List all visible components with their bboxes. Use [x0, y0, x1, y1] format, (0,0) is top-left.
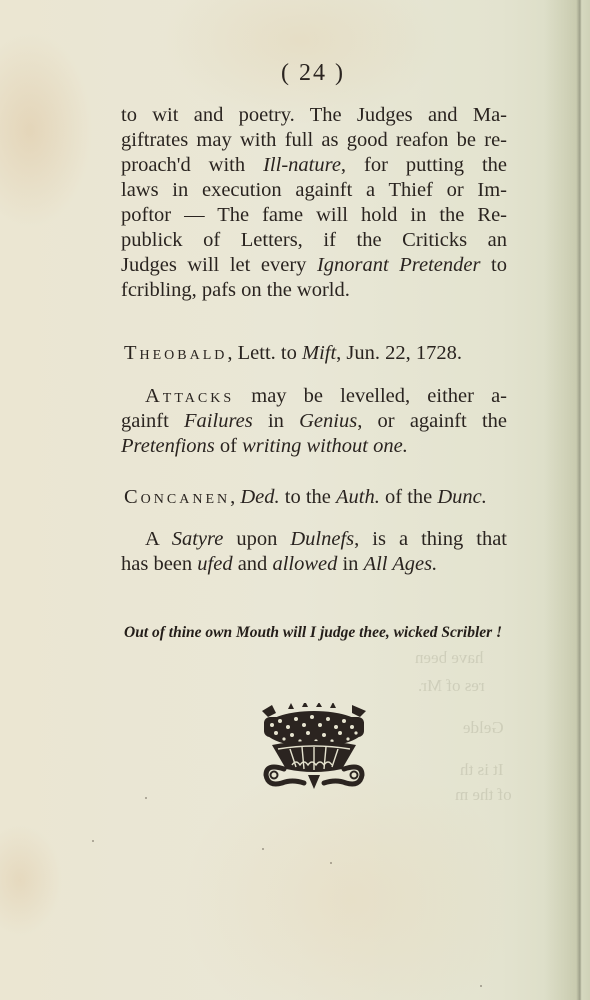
text-line: Attacks may be levelled, either a- — [121, 384, 507, 409]
text-line: Pretenfions of writing without one. — [121, 434, 507, 459]
paper-speck — [330, 862, 332, 864]
text-line: giftrates may with full as good reafon b… — [121, 128, 507, 153]
attribution-theobald: Theobald, Lett. to Mift, Jun. 22, 1728. — [124, 342, 509, 365]
attribution-concanen: Concanen, Ded. to the Auth. of the Dunc. — [124, 486, 509, 509]
paragraph-quote-1: to wit and poetry. The Judges and Ma- gi… — [121, 103, 507, 303]
text-line: laws in execution againft a Thief or Im- — [121, 178, 507, 203]
bleed-through-text: Gelde — [463, 718, 504, 738]
text-line: poftor — The fame will hold in the Re- — [121, 203, 507, 228]
author-name: Theobald — [124, 342, 227, 364]
text-line: has been ufed and allowed in All Ages. — [121, 552, 507, 577]
text-line: publick of Letters, if the Criticks an — [121, 228, 507, 253]
work-title: Mift — [302, 342, 336, 364]
text-line: Judges will let every Ignorant Pretender… — [121, 253, 507, 278]
flower-basket-ornament-icon — [258, 703, 370, 789]
paper-speck — [145, 797, 147, 799]
paragraph-quote-2: Attacks may be levelled, either a- gainf… — [121, 384, 507, 459]
text-line: proach'd with Ill-nature, for putting th… — [121, 153, 507, 178]
author-name: Concanen — [124, 486, 230, 508]
bleed-through-text: of the m — [455, 785, 512, 805]
page-number: ( 24 ) — [0, 60, 590, 87]
text-line: fcribling, pafs on the world. — [121, 278, 507, 303]
book-gutter-shadow — [544, 0, 590, 1000]
paper-speck — [480, 985, 482, 987]
paper-speck — [92, 840, 94, 842]
paragraph-quote-3: A Satyre upon Dulnefs, is a thing that h… — [121, 527, 507, 577]
attribution-text: , Lett. to — [227, 342, 302, 364]
work-title: Ded. — [240, 486, 279, 508]
text-line: A Satyre upon Dulnefs, is a thing that — [121, 527, 507, 552]
text-line: gainft Failures in Genius, or againft th… — [121, 409, 507, 434]
bleed-through-text: have been — [415, 648, 483, 668]
bleed-through-text: It is th — [460, 760, 503, 780]
paper-speck — [262, 848, 264, 850]
scanned-page: have been res of Mr. Gelde It is th of t… — [0, 0, 590, 1000]
text-line: to wit and poetry. The Judges and Ma- — [121, 103, 507, 128]
bleed-through-text: res of Mr. — [418, 676, 485, 696]
motto-line: Out of thine own Mouth will I judge thee… — [124, 624, 509, 642]
attribution-date: , Jun. 22, 1728. — [336, 342, 462, 364]
